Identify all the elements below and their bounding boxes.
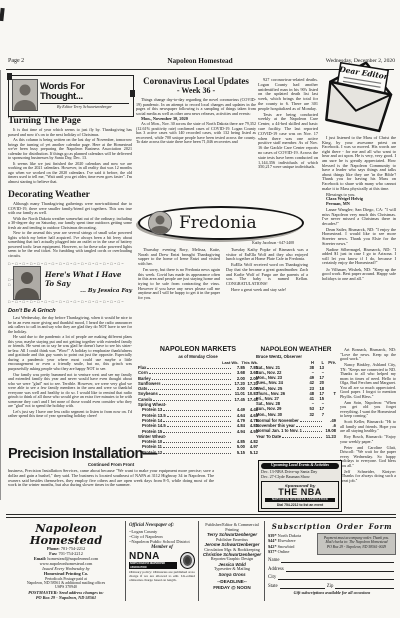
reader-quote: Dean Sailer, Bismarck, ND: "I enjoy the … <box>322 228 396 246</box>
reader-quote: Lanae Wangler; San Diego, CA: "I will mi… <box>322 208 396 226</box>
paragraph: Our family was pretty bummed not to vent… <box>8 373 132 409</box>
column-title: Here's What I Have To Say <box>45 271 132 288</box>
markets-rows: Protein 134.494.48 Protein 13.54.644.63 … <box>138 407 258 433</box>
subscription-form: Subscription Order Form $39* North Dakot… <box>268 522 396 595</box>
fredonia-section: Fredonia Kathy Jacobson - 647-2408 Thurs… <box>138 206 308 302</box>
paragraph: Although many Thanksgiving gatherings we… <box>8 202 132 216</box>
scan-artifact-mark <box>0 8 5 21</box>
reader-quote: Jeff Schneider, Kintyre: "Thanks for alw… <box>340 470 396 484</box>
newspaper-page: Page 2 Napoleon Homestead Wednesday, Dec… <box>0 0 400 618</box>
paragraph: Last Wednesday, the day before Thanksgiv… <box>8 316 132 334</box>
masthead-title: Napoleon Homestead <box>10 522 122 546</box>
article-body: business, Precision Installation Service… <box>8 469 214 488</box>
paragraph: I'm sorry, but there is no Fredonia news… <box>138 268 220 301</box>
column-byline: By Editor Terry Schwartzenberger <box>40 104 129 109</box>
name-input-line <box>281 562 394 563</box>
article-turning-the-page: Turning The Page It is that time of year… <box>8 116 132 188</box>
article-heading: Decorating Weather <box>8 190 132 201</box>
official-list: ~Logan County~City of Napoleon~Napoleon … <box>129 529 195 545</box>
jessica-column-header: □~□~□~□~□~□~□~□~□~□~□~□~□~□~□~□~ □ ~ □ H… <box>8 262 132 306</box>
weather-table: NAPOLEON WEATHER Bruce Wentz, Observer H… <box>256 346 336 439</box>
events-box: Upcoming Local Events & Activities Dec. … <box>258 460 342 512</box>
zip-input-line <box>335 588 394 589</box>
paragraph: It seems like we just finished the 2020 … <box>8 162 132 185</box>
dear-editor-graphic: Dear Editor <box>320 54 398 134</box>
address-input-line <box>286 571 394 572</box>
staff-entry: Publisher/Editor & Commercial Printing T… <box>202 523 262 538</box>
fredonia-contact: Kathy Jacobson - 647-2408 <box>138 241 308 245</box>
paragraph: Things change day-to-day regarding the n… <box>136 98 256 116</box>
reader-quote: Scott Keller, Bismarck: "Hi to all famil… <box>340 420 396 434</box>
paragraph: Tests are being conducted weekly at the … <box>258 113 318 171</box>
paragraph: New to the arsenal this year are several… <box>8 231 132 258</box>
sponsor-name: THE NBA <box>263 488 337 497</box>
paragraph: With the North Dakota weather somewhat o… <box>8 217 132 231</box>
divider <box>198 521 199 601</box>
ndna-logo-subtext: NORTH DAKOTA NEWSPAPER ASSOCIATION <box>129 562 177 569</box>
divider-rule <box>6 517 396 518</box>
reader-quotes: Lanae Wangler; San Diego, CA: "I will mi… <box>322 208 396 281</box>
reader-quote: Nancy Binkley, Ashland City, TN: "Keeps … <box>340 363 396 399</box>
fredonia-title: Fredonia <box>179 215 257 232</box>
article-body: Last Wednesday, the day before Thanksgiv… <box>8 316 132 419</box>
paragraph: As this column is being written on the l… <box>8 138 132 161</box>
field-label-state: State <box>268 584 278 589</box>
sponsor-box: Sponsored by THE NBA NAPOLEON BUSINESS A… <box>261 481 339 509</box>
sponsor-phone: Dial 754-2212 to list an event <box>263 503 337 507</box>
article-heading: Coronavirus Local Updates <box>136 76 256 86</box>
city-input-line <box>278 579 394 580</box>
events-header: Upcoming Local Events & Activities <box>261 463 339 469</box>
paragraph: He said due to the pandemic a lot of peo… <box>8 335 132 371</box>
fredonia-news-right: Tuesday Kathy Popke of Bismarck was a vi… <box>226 248 308 302</box>
weather-summary: Normal for November.49 November this yea… <box>256 418 336 439</box>
fredonia-logo: Fredonia <box>138 206 304 240</box>
divider <box>264 521 265 601</box>
reader-quote: Art Bosnack, Bismarck, ND: "Love the new… <box>340 348 396 362</box>
dear-editor-envelope-icon: Dear Editor <box>320 54 398 134</box>
association-seal-icon <box>180 552 195 569</box>
article-subheading: - Week 36 - <box>136 86 256 95</box>
letters-to-editor-continued: Art Bosnack, Bismarck, ND: "Love the new… <box>340 348 396 512</box>
reader-quote: Peter and Caroline Glatt, Driscoll: "We … <box>340 446 396 469</box>
divider-rule <box>6 514 396 515</box>
reader-quote: Roy Bosch, Bismarck: "Enjoy your weekly … <box>340 435 396 444</box>
staff-name: Sonya Gross <box>202 572 262 577</box>
weather-days: Sat., Nov. 213813 Sun., Nov. 22–– Mon., … <box>256 365 336 417</box>
continued-label: Continued From Front <box>8 462 214 468</box>
markets-rows: Protein 104.854.82 Protein 115.004.97 Pr… <box>138 439 258 455</box>
article-coronavirus-updates: Coronavirus Local Updates - Week 36 - Th… <box>136 76 256 146</box>
events-list: Dec. 13-NBA Drive-up Santa DayDec. 27-Cl… <box>261 470 339 480</box>
staff-list: Publisher/Editor & Commercial Printing T… <box>202 523 262 577</box>
scan-artifact-line <box>0 70 1 500</box>
weather-title: NAPOLEON WEATHER <box>256 346 336 354</box>
correspondent-portrait <box>148 211 172 235</box>
market-row: Protein 125.155.12 <box>138 450 258 455</box>
editor-portrait <box>12 79 38 111</box>
article-decorating-weather: Decorating Weather Although many Thanksg… <box>8 190 132 260</box>
article-body: It is that time of year which seems to j… <box>8 128 132 185</box>
letter-body: I just listened to the Mass of Christ th… <box>322 136 396 191</box>
event-item: Dec. 27-Clyde Bauman Show <box>261 475 339 480</box>
postmaster-address: PO Box 29 - Napoleon, ND 58561 <box>10 595 122 600</box>
paragraph: It is that time of year which seems to j… <box>8 128 132 137</box>
reader-quote: Nadine Silbernagel, Bismarck, ND: "I add… <box>322 248 396 266</box>
staff-entry: Typesetter & Mailing Sonya Gross <box>202 567 262 577</box>
weather-summary-row: Year To Date11.23 <box>256 434 336 439</box>
paragraph: Have a great week and stay safe! <box>226 288 308 293</box>
subscription-title: Subscription Order Form <box>268 523 396 531</box>
field-label-city: City <box>268 575 276 580</box>
paragraph: Let's just say I have one less radio seg… <box>8 410 132 419</box>
paragraph: 927 coronavirus-related deaths. Logan Co… <box>258 78 318 112</box>
masthead-box: Napoleon Homestead Phone: 701-754-2212 F… <box>10 522 122 600</box>
article-heading: Don't Be A Grinch <box>8 308 132 315</box>
ndna-logo: NDNA NORTH DAKOTA NEWSPAPER ASSOCIATION <box>129 552 177 569</box>
official-newspaper-box: Official Newspaper of: ~Logan County~Cit… <box>129 523 195 583</box>
divider <box>125 521 126 601</box>
letter-location: Perman, MN <box>322 202 396 207</box>
letters-to-editor: I just listened to the Mass of Christ th… <box>322 136 396 344</box>
paragraph: EuElla Wolf received word on Thanksgivin… <box>226 263 308 287</box>
price-option: $37* Online <box>268 549 314 554</box>
column-byline: ... By Jessica Fay <box>45 288 132 295</box>
price-list: $39* North Dakota $44* Elsewhere $42* Sn… <box>268 533 314 555</box>
markets-table: NAPOLEON MARKETS as of Monday Close Last… <box>138 346 258 455</box>
paragraph: Thursday evening Rory, Melissa, Katie, N… <box>138 248 220 267</box>
staff-role: Publisher/Editor & Commercial Printing <box>202 523 262 532</box>
person-silhouette-icon <box>13 80 37 110</box>
weather-row: Mon., Nov. 30327 <box>256 412 336 417</box>
article-dont-be-a-grinch: Don't Be A Grinch Last Wednesday, the da… <box>8 308 132 445</box>
columnist-portrait <box>13 266 41 300</box>
obituary-policy: Obituary policy: Obituaries are publishe… <box>129 571 195 583</box>
paragraph: As of Mon., Nov. 30 across the state of … <box>136 122 256 145</box>
official-item: ~Napoleon Public School District <box>129 539 195 544</box>
state-input-line <box>280 588 325 589</box>
payment-note-box: Payment must accompany order. Thank you.… <box>317 533 396 555</box>
mail-address: PO Box 29 - Napoleon, ND 58561-0029 <box>320 545 393 549</box>
ornament-border-bottom: □~□~□~□~□~□~□~□~□~□~□~□~□~□~□~□~ <box>8 300 132 304</box>
markets-title: NAPOLEON MARKETS <box>138 346 258 354</box>
reader-quote: Ann Soin, Napoleon: "When you get old yo… <box>340 401 396 419</box>
paragraph: Tuesday Kathy Popke of Bismarck was a vi… <box>226 248 308 262</box>
article-body: Although many Thanksgiving gatherings we… <box>8 202 132 260</box>
ndna-logo-text: NDNA <box>129 552 177 562</box>
person-silhouette-icon <box>14 267 40 299</box>
field-label-address: Address <box>268 567 284 572</box>
person-silhouette-icon <box>149 212 171 234</box>
article-coronavirus-continued: 927 coronavirus-related deaths. Logan Co… <box>258 78 318 202</box>
words-for-thought-box: Words For Thought... By Editor Terry Sch… <box>8 75 134 117</box>
sponsor-subtitle: NAPOLEON BUSINESS ASSOCIATION <box>265 498 335 502</box>
ornament-bracket <box>130 90 135 97</box>
field-label-zip: Zip <box>327 584 334 589</box>
field-label-name: Name <box>268 558 279 563</box>
deadline-time: FRIDAY @ NOON <box>202 585 262 591</box>
column-title: Words For Thought... <box>40 82 129 104</box>
fredonia-news-left: Thursday evening Rory, Melissa, Katie, N… <box>138 248 220 302</box>
gift-note: Gift subscriptions available for all occ… <box>268 590 396 595</box>
markets-rows: Flax7.857.85 Corn3.683.68 Barley2.002.00… <box>138 365 258 402</box>
staff-box: Publisher/Editor & Commercial Printing T… <box>202 523 262 590</box>
reader-quote: Jo Vilhauer, Wishek, ND: "Keep up the go… <box>322 268 396 282</box>
article-heading: Turning The Page <box>8 116 132 127</box>
